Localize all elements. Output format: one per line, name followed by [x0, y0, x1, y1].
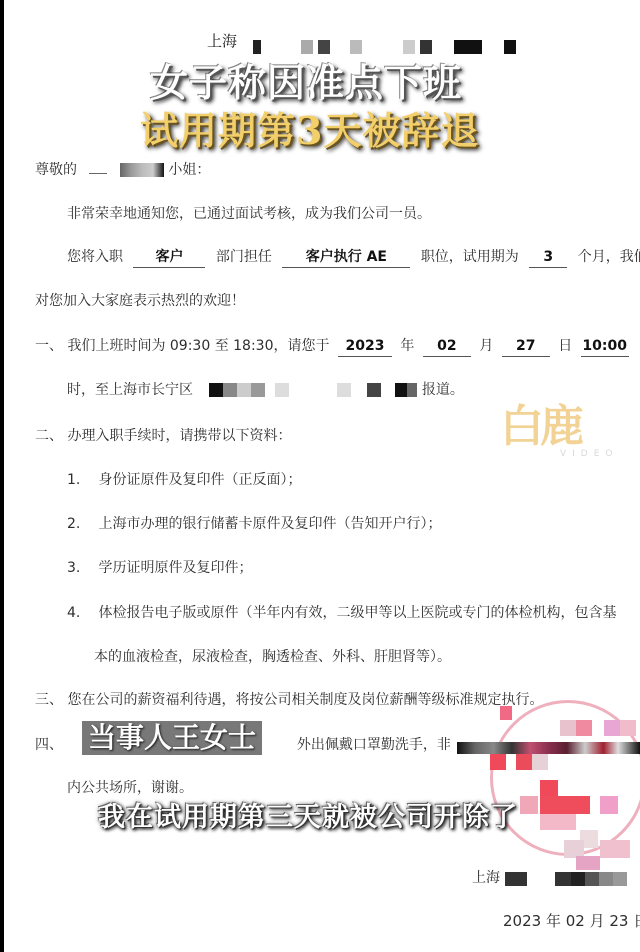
offer-mid2: 职位，试用期为	[421, 249, 519, 265]
list-item: 1. 身份证原件及复印件（正反面）；	[67, 470, 301, 490]
section-1-line-2: 时，至上海市长宁区 报道。	[67, 380, 464, 400]
welcome-text: 对您加入大家庭表示热烈的欢迎！	[35, 291, 245, 311]
section-3: 三、 您在公司的薪资福利待遇，将按公司相关制度及岗位薪酬等级标准规定执行。	[35, 690, 543, 710]
section-3-number: 三、	[35, 692, 63, 708]
section-2-text: 办理入职手续时，请携带以下资料：	[67, 428, 291, 444]
section-1-number: 一、	[35, 338, 63, 354]
list-item-text: 体检报告电子版或原件（半年内有效，二级甲等以上医院或专门的体检机构，包含基	[98, 605, 616, 621]
section-2-number: 二、	[35, 428, 63, 444]
headline-line-1: 女子称因准点下班	[150, 52, 462, 107]
offer-mid1: 部门担任	[216, 249, 272, 265]
list-item-continuation: 本的血液检查，尿液检查，胸透检查、外科、肝胆肾等）。	[94, 647, 451, 667]
letter-date: 2023 年 02 月 23 日	[503, 911, 640, 931]
section-1: 一、 我们上班时间为 09:30 至 18:30，请您于 2023 年 02 月…	[35, 336, 633, 357]
start-month-field: 02	[423, 336, 471, 357]
left-border	[0, 0, 4, 952]
salutation: 尊敬的 小姐：	[35, 160, 210, 180]
list-item-number: 3.	[67, 558, 94, 578]
letterhead-location: 上海	[207, 30, 237, 51]
list-item-text: 身份证原件及复印件（正反面）；	[98, 472, 301, 488]
salutation-suffix: 小姐：	[168, 162, 210, 178]
offer-suffix: 个月，我们	[578, 249, 640, 265]
speaker-tag: 当事人王女士	[82, 721, 262, 755]
list-item-text: 上海市办理的银行储蓄卡原件及复印件（告知开户行）；	[98, 516, 441, 532]
month-label: 月	[479, 338, 493, 354]
watermark-video-label: VIDEO	[560, 449, 619, 459]
list-item-number: 1.	[67, 470, 94, 490]
year-label: 年	[400, 338, 414, 354]
probation-months-field: 3	[529, 247, 567, 268]
start-year-field: 2023	[338, 336, 392, 357]
intro-text: 非常荣幸地通知您，已通过面试考核，成为我们公司一员。	[67, 204, 431, 224]
position-field: 客户执行 AE	[282, 247, 410, 268]
address-prefix: 时，至上海市长宁区	[67, 382, 193, 398]
headline-line-2: 试用期第3天被辞退	[140, 100, 479, 155]
list-item: 4. 体检报告电子版或原件（半年内有效，二级甲等以上医院或专门的体检机构，包含基	[67, 603, 616, 623]
company-seal-redacted	[480, 690, 640, 870]
start-time-field: 10:00	[581, 336, 629, 357]
signature-location-text: 上海	[472, 870, 500, 886]
section-2: 二、 办理入职手续时，请携带以下资料：	[35, 426, 291, 446]
redacted-name	[120, 163, 164, 177]
redacted-company-signature	[505, 872, 640, 886]
section-3-text: 您在公司的薪资福利待遇，将按公司相关制度及岗位薪酬等级标准规定执行。	[67, 692, 543, 708]
list-item: 3. 学历证明原件及复印件；	[67, 558, 252, 578]
signature-location: 上海	[472, 868, 500, 888]
blank-line	[89, 173, 107, 174]
day-label: 日	[558, 338, 572, 354]
start-day-field: 27	[502, 336, 550, 357]
redacted-address	[197, 383, 417, 397]
subtitle-caption: 我在试用期第三天就被公司开除了	[98, 795, 518, 834]
section-4-text: 外出佩戴口罩勤洗手，非	[297, 737, 451, 753]
redacted-text-bar	[457, 742, 640, 754]
offer-line: 您将入职 客户 部门担任 客户执行 AE 职位，试用期为 3 个月，我们	[67, 247, 640, 268]
section-1-text: 我们上班时间为 09:30 至 18:30，请您于	[67, 338, 329, 354]
baijing-video-watermark: 白鹿 VIDEO	[500, 405, 640, 465]
department-field: 客户	[133, 247, 205, 268]
offer-prefix: 您将入职	[67, 249, 123, 265]
list-item-text: 学历证明原件及复印件；	[98, 560, 252, 576]
list-item: 2. 上海市办理的银行储蓄卡原件及复印件（告知开户行）；	[67, 514, 441, 534]
letterhead-location-text: 上海	[207, 32, 237, 50]
list-item-number: 4.	[67, 603, 94, 623]
address-suffix: 报道。	[422, 382, 464, 398]
watermark-logo: 白鹿	[500, 405, 640, 449]
section-4-number: 四、	[35, 737, 63, 753]
salutation-prefix: 尊敬的	[35, 162, 77, 178]
list-item-number: 2.	[67, 514, 94, 534]
